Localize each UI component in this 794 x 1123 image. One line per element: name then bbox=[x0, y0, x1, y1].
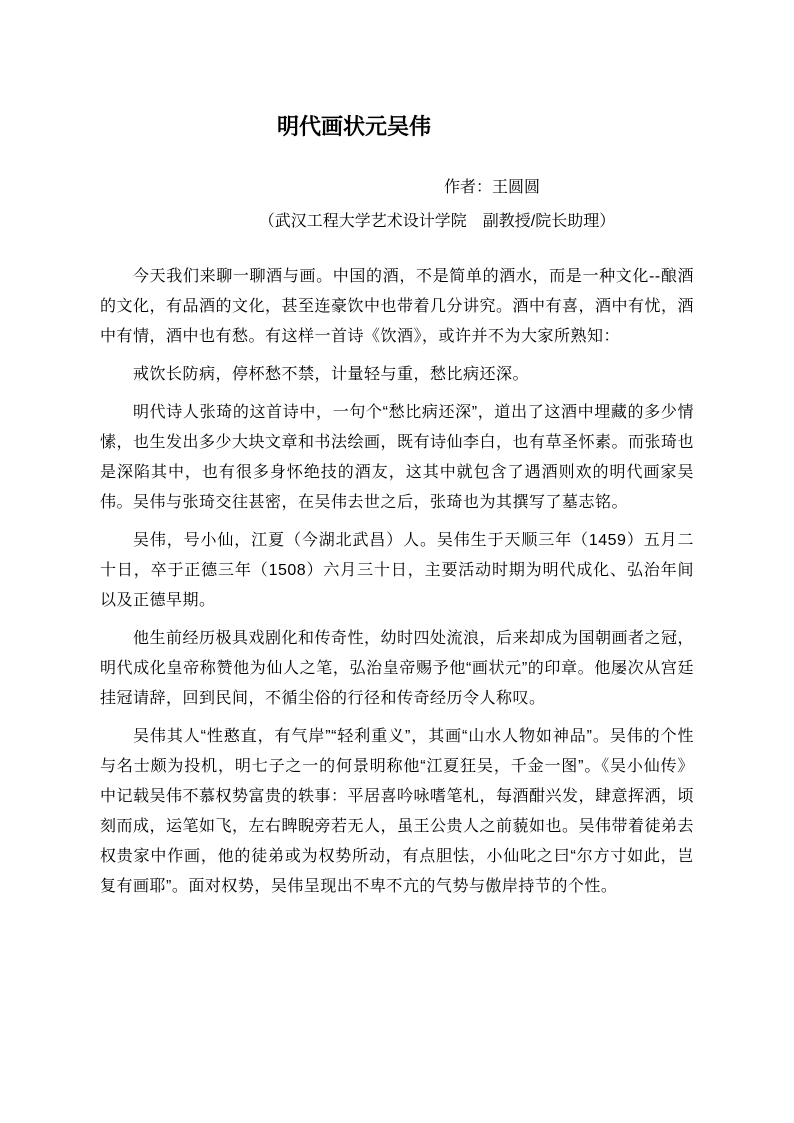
body-paragraph: 明代诗人张琦的这首诗中，一句个“愁比病还深”，道出了这酒中埋藏的多少情愫，也生发… bbox=[100, 398, 694, 518]
document-page: 明代画状元吴伟 作者：王圆圆 （武汉工程大学艺术设计学院 副教授/院长助理） 今… bbox=[0, 0, 794, 1123]
body-paragraph: 戒饮长防病，停杯愁不禁，计量轻与重，愁比病还深。 bbox=[100, 360, 694, 390]
affiliation-line: （武汉工程大学艺术设计学院 副教授/院长助理） bbox=[140, 210, 734, 234]
body-paragraph: 今天我们来聊一聊酒与画。中国的酒，不是简单的酒水，而是一种文化--酿酒的文化，有… bbox=[100, 262, 694, 352]
document-body: 今天我们来聊一聊酒与画。中国的酒，不是简单的酒水，而是一种文化--酿酒的文化，有… bbox=[100, 262, 694, 902]
body-paragraph: 他生前经历极具戏剧化和传奇性，幼时四处流浪，后来却成为国朝画者之冠，明代成化皇帝… bbox=[100, 624, 694, 714]
body-paragraph: 吴伟，号小仙，江夏（今湖北武昌）人。吴伟生于天顺三年（1459）五月二十日，卒于… bbox=[100, 526, 694, 616]
body-paragraph: 吴伟其人“性憨直，有气岸”“轻利重义”，其画“山水人物如神品”。吴伟的个性与名士… bbox=[100, 722, 694, 902]
author-line: 作者：王圆圆 bbox=[195, 176, 789, 200]
document-title: 明代画状元吴伟 bbox=[57, 112, 651, 142]
